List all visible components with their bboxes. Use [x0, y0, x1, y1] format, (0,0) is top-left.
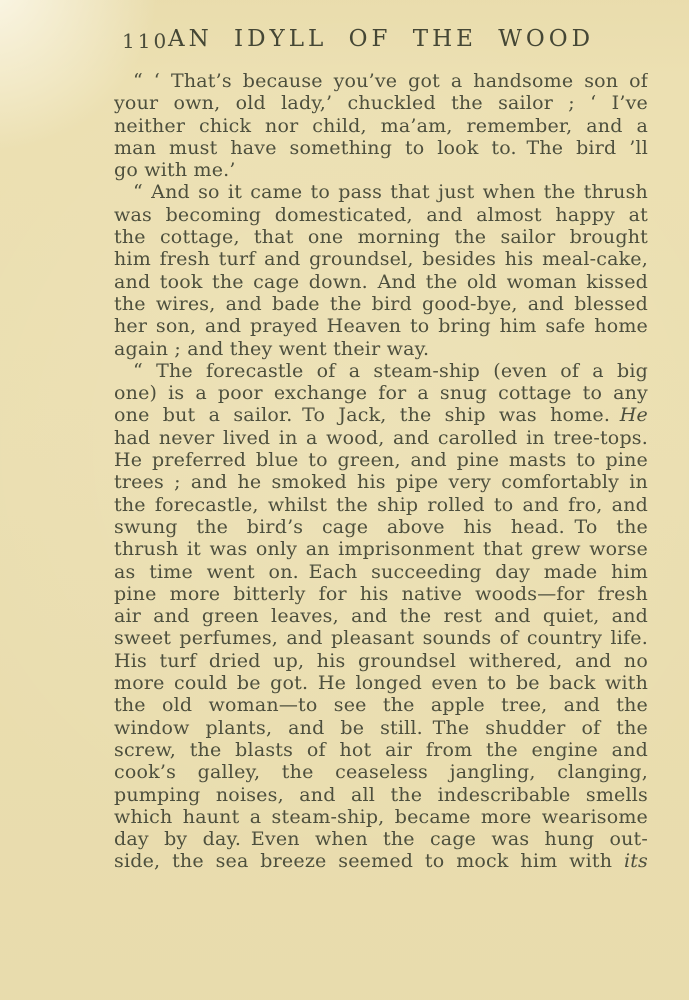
- text-line: one but a sailor. To Jack, the ship was …: [114, 404, 648, 426]
- running-title: AN IDYLL OF THE WOOD: [114, 26, 648, 52]
- paragraph: “ And so it came to pass that just when …: [114, 181, 648, 359]
- text-line: cook’s galley, the ceaseless jangling, c…: [114, 761, 648, 783]
- text-line: window plants, and be still. The shudder…: [114, 717, 648, 739]
- text-line: “ ‘ That’s because you’ve got a handsome…: [114, 70, 648, 92]
- paragraph: “ ‘ That’s because you’ve got a handsome…: [114, 70, 648, 181]
- text-line: him fresh turf and groundsel, besides hi…: [114, 248, 648, 270]
- text-line: pumping noises, and all the indescribabl…: [114, 784, 648, 806]
- page-body: “ ‘ That’s because you’ve got a handsome…: [114, 70, 648, 873]
- text-line: side, the sea breeze seemed to mock him …: [114, 850, 648, 872]
- text-line: and took the cage down. And the old woma…: [114, 271, 648, 293]
- paragraph: “ The forecastle of a steam-ship (even o…: [114, 360, 648, 873]
- text-line: which haunt a steam-ship, became more we…: [114, 806, 648, 828]
- text-line: trees ; and he smoked his pipe very comf…: [114, 471, 648, 493]
- text-line: neither chick nor child, ma’am, remember…: [114, 115, 648, 137]
- text-line: as time went on. Each succeeding day mad…: [114, 561, 648, 583]
- text-line: go with me.’: [114, 159, 648, 181]
- text-line: swung the bird’s cage above his head. To…: [114, 516, 648, 538]
- text-line: the cottage, that one morning the sailor…: [114, 226, 648, 248]
- text-line: the old woman—to see the apple tree, and…: [114, 694, 648, 716]
- text-line: “ The forecastle of a steam-ship (even o…: [114, 360, 648, 382]
- text-line: her son, and prayed Heaven to bring him …: [114, 315, 648, 337]
- text-line: one) is a poor exchange for a snug cotta…: [114, 382, 648, 404]
- text-line: had never lived in a wood, and carolled …: [114, 427, 648, 449]
- text-line: more could be got. He longed even to be …: [114, 672, 648, 694]
- text-line: the forecastle, whilst the ship rolled t…: [114, 494, 648, 516]
- text-line: screw, the blasts of hot air from the en…: [114, 739, 648, 761]
- text-line: day by day. Even when the cage was hung …: [114, 828, 648, 850]
- page-header: 110 AN IDYLL OF THE WOOD: [114, 26, 648, 54]
- text-line: thrush it was only an imprisonment that …: [114, 538, 648, 560]
- text-line: was becoming domesticated, and almost ha…: [114, 204, 648, 226]
- text-line: “ And so it came to pass that just when …: [114, 181, 648, 203]
- text-line: His turf dried up, his groundsel withere…: [114, 650, 648, 672]
- text-line: sweet perfumes, and pleasant sounds of c…: [114, 627, 648, 649]
- text-line: pine more bitterly for his native woods—…: [114, 583, 648, 605]
- text-line: the wires, and bade the bird good-bye, a…: [114, 293, 648, 315]
- text-line: man must have something to look to. The …: [114, 137, 648, 159]
- text-line: air and green leaves, and the rest and q…: [114, 605, 648, 627]
- text-line: your own, old lady,’ chuckled the sailor…: [114, 92, 648, 114]
- book-page: 110 AN IDYLL OF THE WOOD “ ‘ That’s beca…: [0, 0, 689, 1000]
- text-line: He preferred blue to green, and pine mas…: [114, 449, 648, 471]
- text-line: again ; and they went their way.: [114, 338, 648, 360]
